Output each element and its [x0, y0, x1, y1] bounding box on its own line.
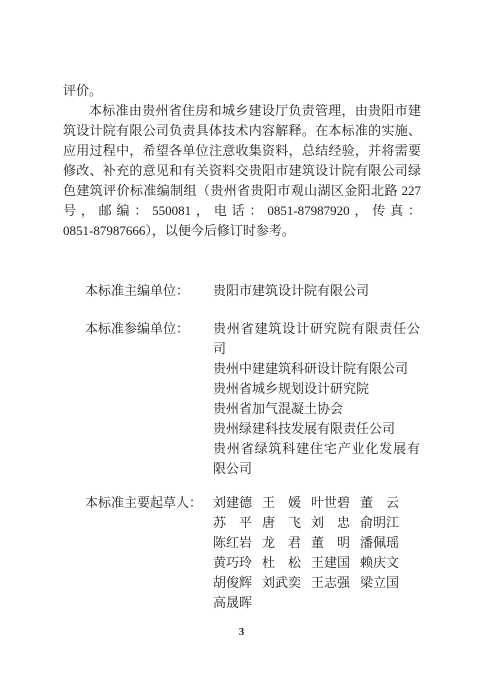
co-editor-unit: 贵州绿建科技发展有限责任公司 — [213, 419, 420, 439]
co-editors-list: 贵州省建筑设计研究院有限责任公司贵州中建建筑科研设计院有限公司贵州省城乡规划设计… — [213, 319, 420, 479]
co-editor-unit: 贵州省建筑设计研究院有限责任公司 — [213, 319, 420, 359]
paragraph-line: 修改、补充的意见和有关资料交贵阳市建筑设计院有限公司绿 — [63, 161, 421, 181]
drafter-name: 唐 飞 — [262, 513, 302, 533]
paragraph-line: 筑设计院有限公司负责具体技术内容解释。在本标准的实施、 — [63, 121, 421, 141]
co-editor-unit: 贵州中建建筑科研设计院有限公司 — [213, 359, 420, 379]
drafter-name: 王志强 — [311, 573, 351, 593]
drafter-name: 苏 平 — [213, 513, 253, 533]
paragraph-line: 0851-87987666），以便今后修订时参考。 — [63, 221, 421, 241]
drafters-label: 本标准主要起草人： — [85, 493, 213, 613]
co-editor-unit: 贵州省城乡规划设计研究院 — [213, 379, 420, 399]
paragraph-line: 应用过程中，希望各单位注意收集资料，总结经验，并将需要 — [63, 141, 421, 161]
page-content: 评价。 本标准由贵州省住房和城乡建设厅负责管理，由贵阳市建 筑设计院有限公司负责… — [63, 81, 421, 613]
drafter-name: 胡俊辉 — [213, 573, 253, 593]
page-number: 3 — [0, 626, 483, 638]
paragraph-line: 本标准由贵州省住房和城乡建设厅负责管理，由贵阳市建 — [63, 101, 421, 121]
drafter-name: 董 明 — [311, 533, 351, 553]
co-editor-unit: 贵州省加气混凝土协会 — [213, 399, 420, 419]
chief-editor-label: 本标准主编单位： — [85, 281, 213, 301]
drafter-name: 梁立国 — [360, 573, 400, 593]
chief-editor-row: 本标准主编单位： 贵阳市建筑设计院有限公司 — [85, 281, 421, 301]
chief-editor-value: 贵阳市建筑设计院有限公司 — [213, 281, 421, 301]
drafters-name-grid: 刘建德王 媛叶世碧董 云苏 平唐 飞刘 忠俞明江陈红岩龙 君董 明潘佩瑶黄巧玲杜… — [213, 493, 400, 613]
intro-paragraph: 评价。 本标准由贵州省住房和城乡建设厅负责管理，由贵阳市建 筑设计院有限公司负责… — [63, 81, 421, 241]
drafters-row: 本标准主要起草人： 刘建德王 媛叶世碧董 云苏 平唐 飞刘 忠俞明江陈红岩龙 君… — [85, 493, 421, 613]
drafter-name: 刘武奕 — [262, 573, 302, 593]
drafter-name: 刘 忠 — [311, 513, 351, 533]
drafter-name: 叶世碧 — [311, 493, 351, 513]
document-page: 评价。 本标准由贵州省住房和城乡建设厅负责管理，由贵阳市建 筑设计院有限公司负责… — [0, 0, 483, 700]
drafter-name: 王 媛 — [262, 493, 302, 513]
drafter-name: 龙 君 — [262, 533, 302, 553]
co-editors-label: 本标准参编单位： — [85, 319, 213, 479]
drafter-name: 俞明江 — [360, 513, 400, 533]
drafter-name: 刘建德 — [213, 493, 253, 513]
co-editors-row: 本标准参编单位： 贵州省建筑设计研究院有限责任公司贵州中建建筑科研设计院有限公司… — [85, 319, 421, 479]
drafter-name: 陈红岩 — [213, 533, 253, 553]
paragraph-line: 评价。 — [63, 81, 421, 101]
drafter-name: 董 云 — [360, 493, 400, 513]
drafter-name: 黄巧玲 — [213, 553, 253, 573]
drafter-name: 高晟晖 — [213, 593, 253, 613]
drafter-name: 潘佩瑶 — [360, 533, 400, 553]
paragraph-line: 色建筑评价标准编制组（贵州省贵阳市观山湖区金阳北路 227 — [63, 181, 421, 201]
drafter-name: 赖庆文 — [360, 553, 400, 573]
co-editor-unit: 贵州省绿筑科建住宅产业化发展有限公司 — [213, 439, 420, 479]
drafter-name: 杜 松 — [262, 553, 302, 573]
paragraph-line: 号，邮编：550081，电话：0851-87987920，传真： — [63, 201, 421, 221]
drafter-name: 王建国 — [311, 553, 351, 573]
